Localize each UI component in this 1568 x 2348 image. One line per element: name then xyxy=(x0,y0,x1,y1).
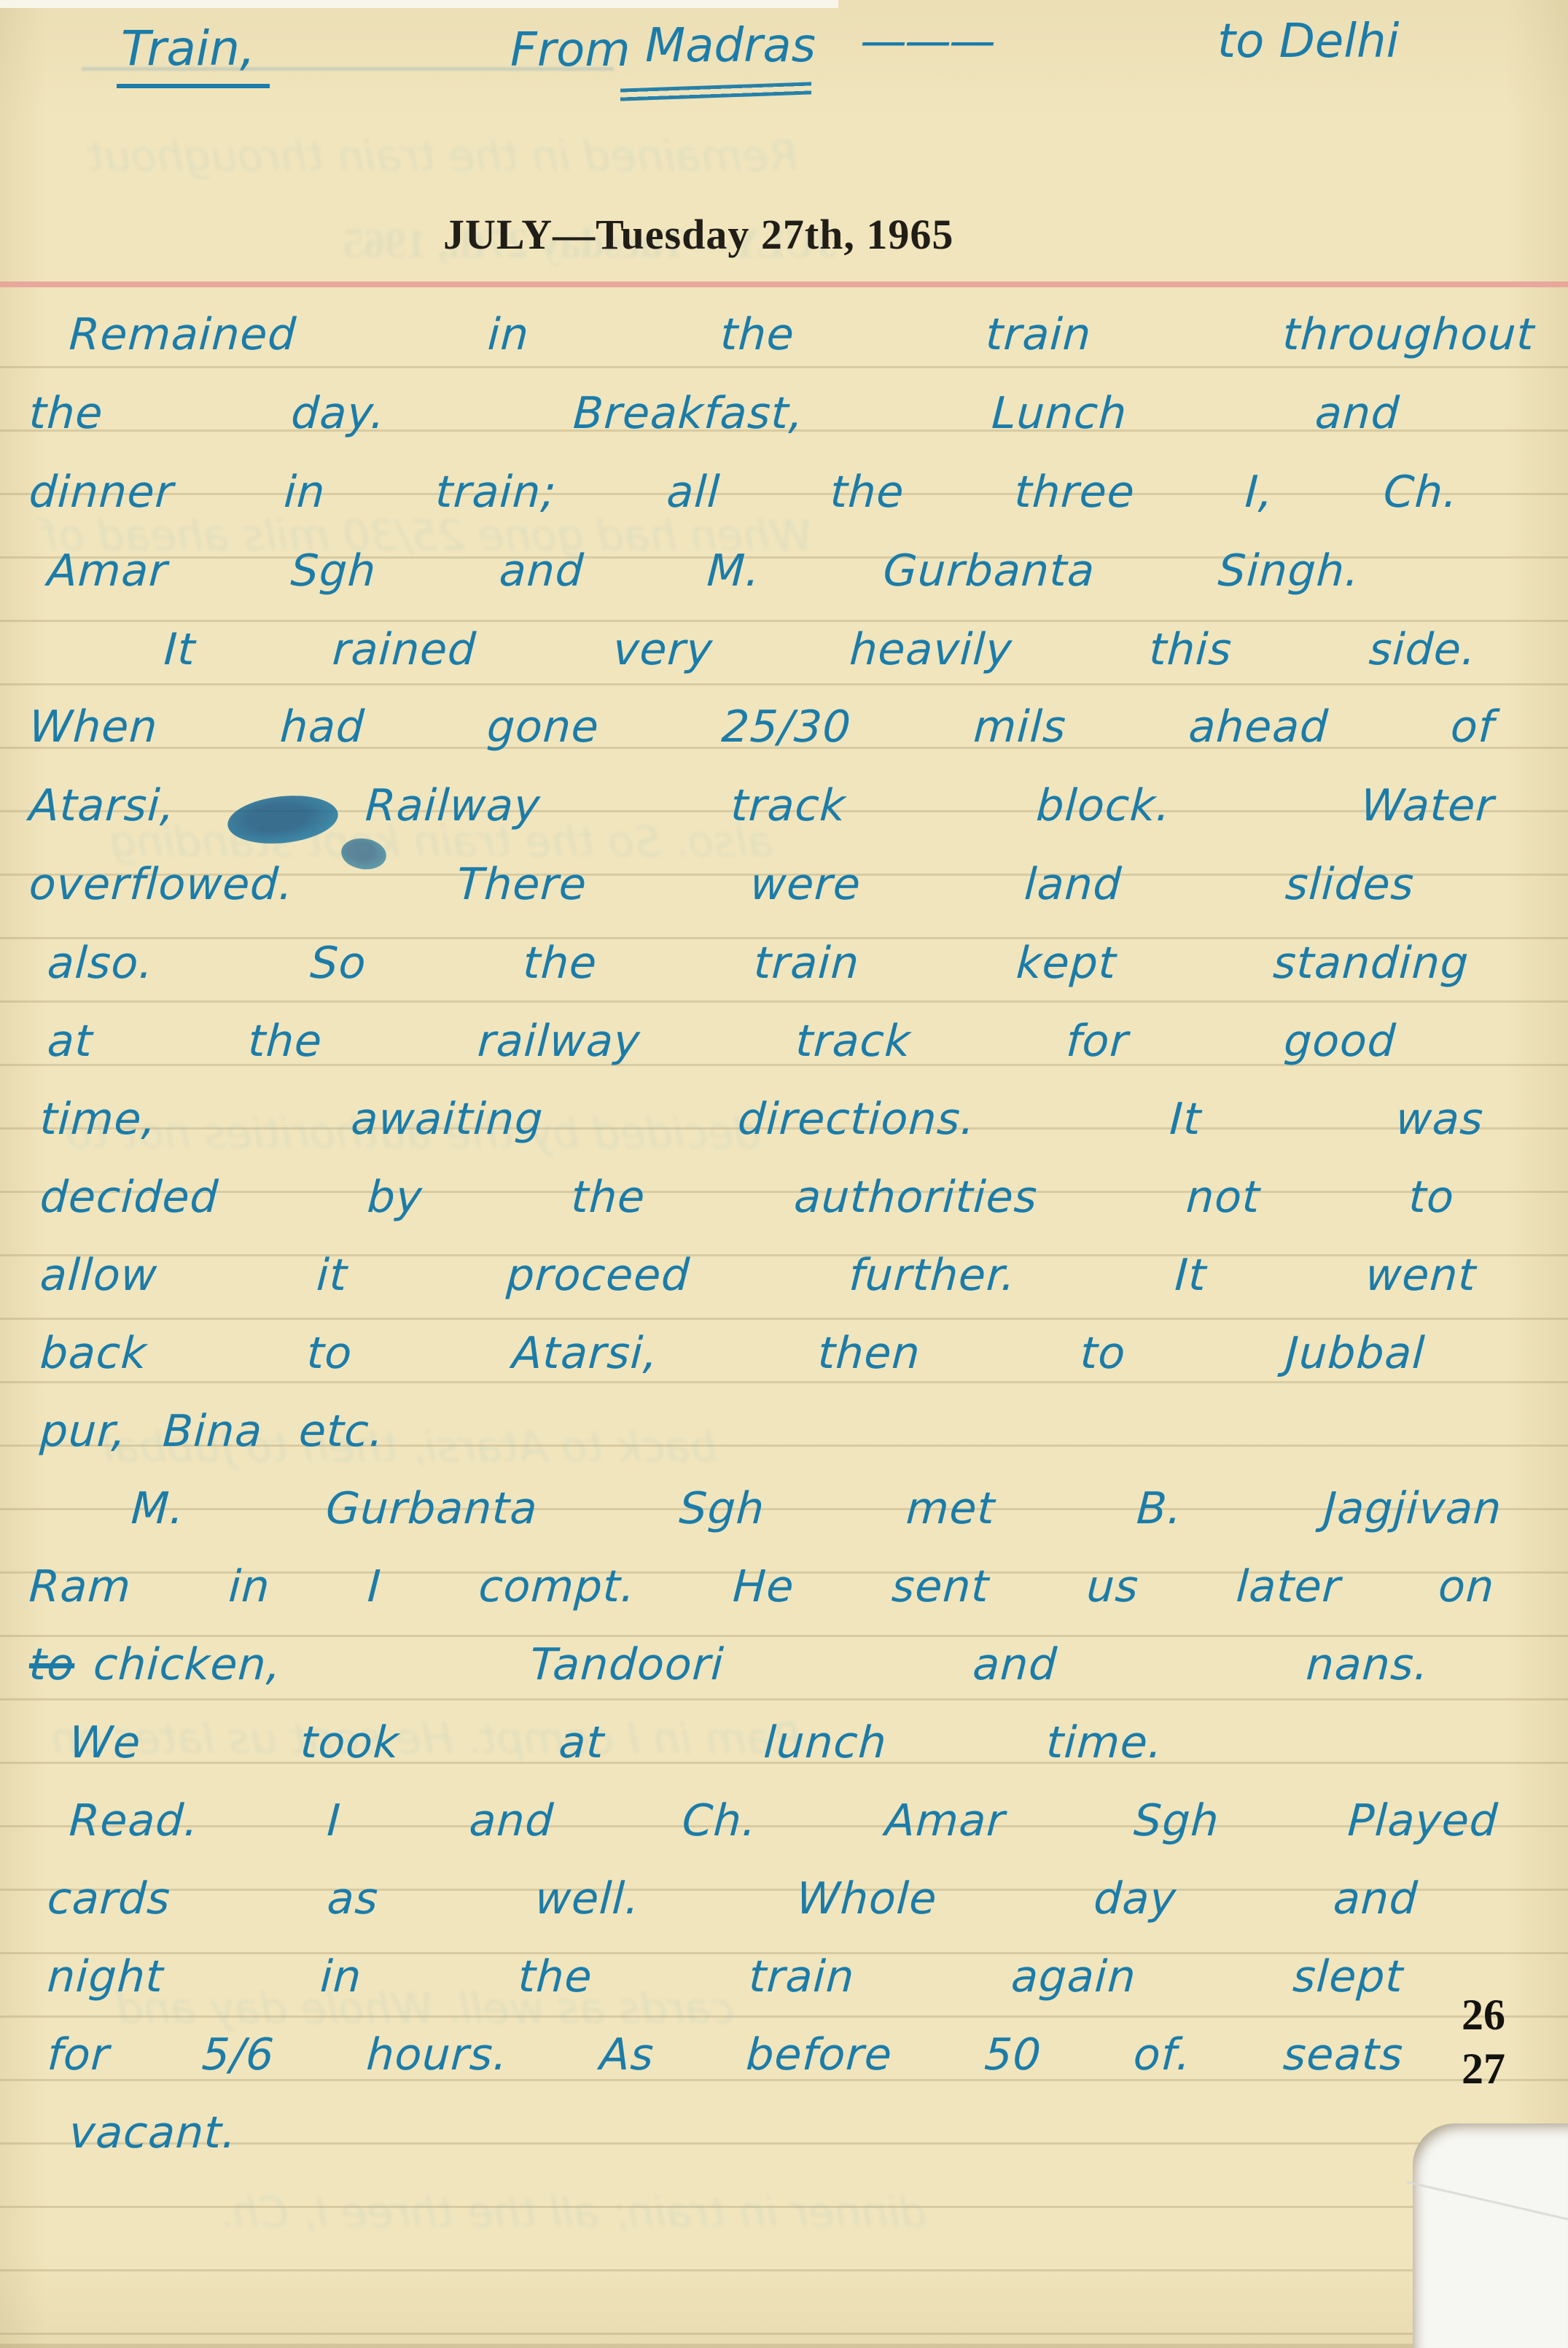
entry-line: time, awaiting directions. It was xyxy=(39,1097,1484,1143)
entry-line: the day. Breakfast, Lunch and xyxy=(28,391,1400,437)
page-number-top: 26 xyxy=(1462,1988,1505,2042)
entry-line: for 5/6 hours. As before 50 of. seats xyxy=(46,2032,1404,2078)
page-numbers: 26 27 xyxy=(1462,1988,1505,2096)
entry-line: When had gone 25/30 mils ahead of xyxy=(28,704,1495,750)
diary-page: Remained in the train throughoutWhen had… xyxy=(0,0,1568,2348)
entry-line: vacant. xyxy=(68,2110,507,2156)
entry-line: pur, Bina etc. xyxy=(39,1409,624,1455)
entry-line: It rained very heavily this side. xyxy=(163,627,1477,673)
entry-line: Amar Sgh and M. Gurbanta Singh. xyxy=(46,548,1360,594)
entry-line: We took at lunch time. xyxy=(68,1720,1163,1766)
entry-line: tochicken, Tandoori and nans. xyxy=(28,1642,1429,1688)
entry-line: night in the train again slept xyxy=(46,1954,1404,2000)
entry-line: also. So the train kept standing xyxy=(46,941,1470,987)
paper-crease xyxy=(1406,2181,1568,2225)
struck-word: to xyxy=(28,1639,76,1690)
entry-line: decided by the authorities not to xyxy=(39,1175,1455,1221)
torn-corner-underpage xyxy=(1413,2123,1568,2348)
entry-line: cards as well. Whole day and xyxy=(46,1876,1419,1922)
entry-line: allow it proceed further. It went xyxy=(39,1253,1477,1299)
page-bottom-edge xyxy=(0,2344,1413,2348)
entry-line: Remained in the train throughout xyxy=(68,312,1535,358)
entry-line: M. Gurbanta Sgh met B. Jagjivan xyxy=(130,1486,1502,1532)
page-number-bottom: 27 xyxy=(1462,2042,1505,2096)
entry-line: overflowed. There were land slides xyxy=(28,862,1415,908)
entry-line: at the railway track for good xyxy=(46,1019,1397,1065)
diary-entry-text: Remained in the train throughoutthe day.… xyxy=(0,0,1568,2348)
entry-line: back to Atarsi, then to Jubbal xyxy=(39,1331,1426,1377)
entry-line: Read. I and Ch. Amar Sgh Played xyxy=(68,1798,1499,1844)
entry-line: Ram in I compt. He sent us later on xyxy=(28,1564,1495,1610)
entry-line: dinner in train; all the three I, Ch. xyxy=(28,470,1459,516)
